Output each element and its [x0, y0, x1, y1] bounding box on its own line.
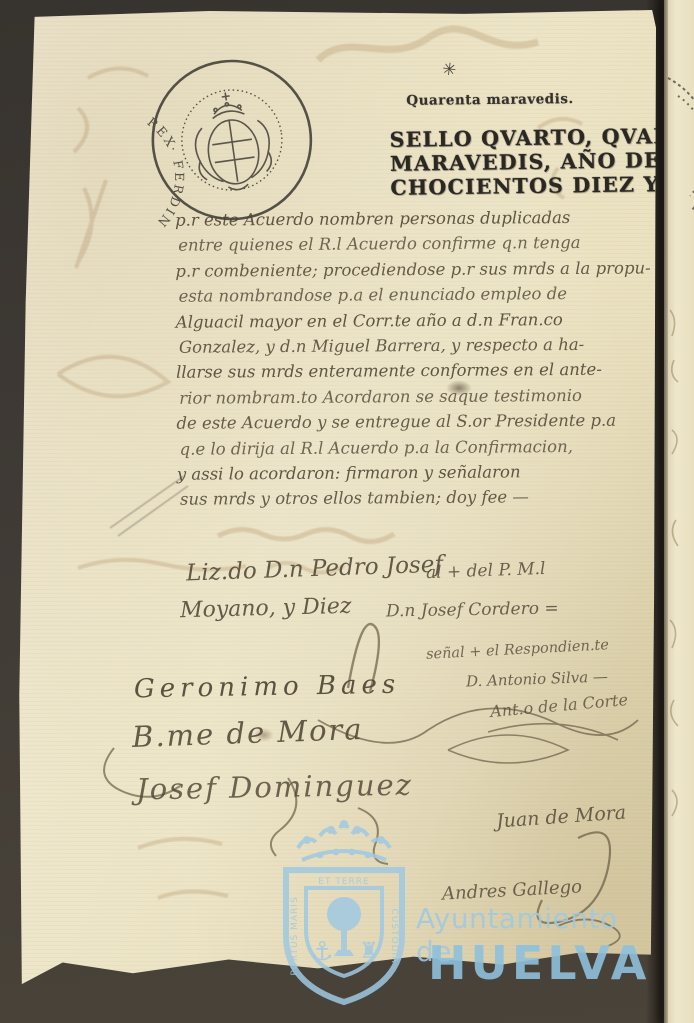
huelva-coat-of-arms-watermark: ET TERRE PORTUS MARIS CUSTODIA ⚓ ♜ [274, 818, 414, 1023]
shield-anchor-icon: ⚓ [310, 937, 333, 967]
shield-motto-right: CUSTODIA [389, 909, 399, 964]
signature-geronimo-baes: Geronimo Baes [134, 670, 401, 705]
body-line: de este Acuerdo y se entregue al S.or Pr… [176, 408, 676, 437]
stamp-title-block: SELLO QVARTO, QVARENTA MARAVEDIS, AÑO DE… [390, 124, 661, 200]
body-line: y assi lo acordaron: firmaron y señalaro… [177, 458, 677, 487]
ink-blot [446, 380, 472, 396]
shield-tree-icon [327, 897, 361, 931]
shield-tree-base [334, 950, 354, 956]
body-line: entre quienes el R.l Acuerdo confirme q.… [178, 230, 678, 259]
next-page-marks [664, 0, 694, 1023]
shield-tree-trunk [341, 926, 347, 954]
printer-ornament: ✳ [441, 59, 458, 81]
body-line: llarse sus mrds enteramente conformes en… [176, 357, 676, 386]
signature-licenciado-note: al + del P. M.l [426, 559, 546, 583]
shield-tower-icon: ♜ [359, 939, 379, 964]
body-line: esta nombrandose p.a el enunciado empleo… [178, 280, 678, 309]
body-line: p.r combeniente; procediendose p.r sus m… [175, 255, 675, 284]
signature-moyano: Moyano, y Diez [180, 594, 352, 623]
body-line: rior nombram.to Acordaron se saque testi… [179, 382, 679, 411]
seal-coat-of-arms [189, 87, 276, 194]
watermark-city-text: HUELVA [428, 936, 668, 990]
body-line: Alguacil mayor en el Corr.te año a d.n F… [176, 306, 676, 335]
signature-josef-dominguez: Josef Dominguez [136, 768, 413, 807]
body-line: p.r este Acuerdo nombren personas duplic… [175, 204, 675, 233]
stamp-subtitle: Quarenta maravedis. [390, 91, 590, 109]
body-line: Gonzalez, y d.n Miguel Barrera, y respec… [179, 331, 679, 360]
shield-motto-top: ET TERRE [318, 877, 369, 887]
photo-stage: · FERDIN · VII · D · G · HISP · ET · IND… [0, 0, 694, 1023]
signature-cordero: D.n Josef Cordero = [386, 598, 559, 621]
shield-motto-left: PORTUS MARIS [290, 896, 300, 975]
handwritten-body: p.r este Acuerdo nombren personas duplic… [175, 204, 677, 512]
body-line: sus mrds y otros ellos tambien; doy fee … [180, 484, 680, 513]
next-page-edge [664, 0, 694, 1023]
stamp-title-line-3: CHOCIENTOS DIEZ Y OCHO. [390, 172, 660, 200]
body-line: q.e lo dirija al R.l Acuerdo p.a la Conf… [180, 433, 680, 462]
